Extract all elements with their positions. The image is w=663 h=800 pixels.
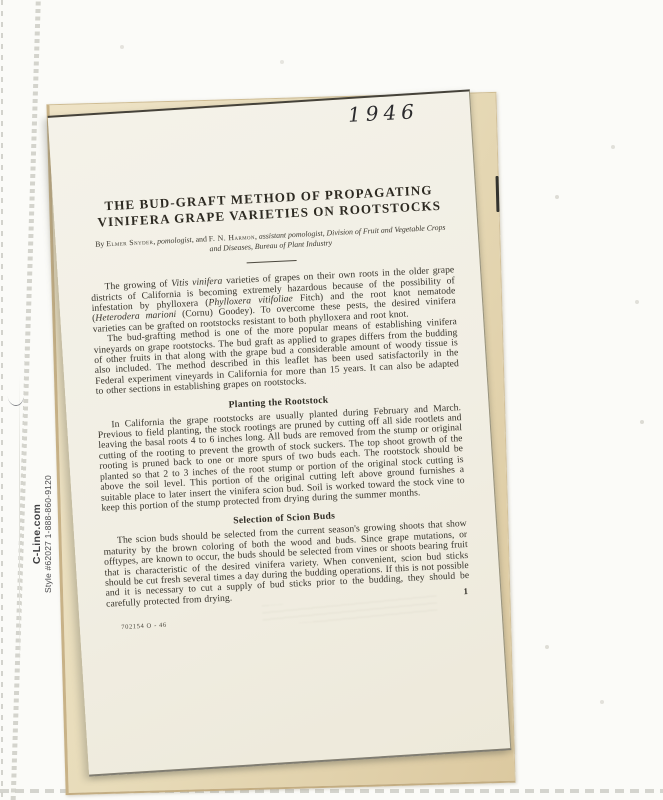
sleeve-left-edge-stitching [1, 0, 3, 800]
pen-mark [7, 392, 24, 407]
print-code: 702154 O - 46 [121, 622, 167, 631]
handwritten-year: 1946 [347, 99, 419, 127]
byline: By Elmer Snyder, pomologist, and F. N. H… [94, 223, 447, 259]
scion-buds-paragraph: The scion buds should be selected from t… [103, 519, 470, 610]
planting-paragraph: In California the grape rootstocks are u… [97, 403, 465, 514]
scanned-sleeve-background: C-Line.com Style #62027 1-888-860-9120 T… [0, 0, 663, 800]
divider-rule [247, 260, 297, 263]
dust-specks [0, 0, 2, 2]
document-page: THE BUD-GRAFT METHOD OF PROPAGATING VINI… [48, 89, 512, 776]
page-number: 1 [463, 586, 468, 596]
page-content: THE BUD-GRAFT METHOD OF PROPAGATING VINI… [52, 94, 506, 772]
brand-style-number-label: Style #62027 1-888-860-9120 [43, 424, 54, 644]
document-title: THE BUD-GRAFT METHOD OF PROPAGATING VINI… [86, 181, 451, 230]
staple-mark [496, 176, 500, 212]
brand-name-label: C-Line.com [31, 424, 43, 644]
sleeve-fold-line [19, 375, 20, 675]
